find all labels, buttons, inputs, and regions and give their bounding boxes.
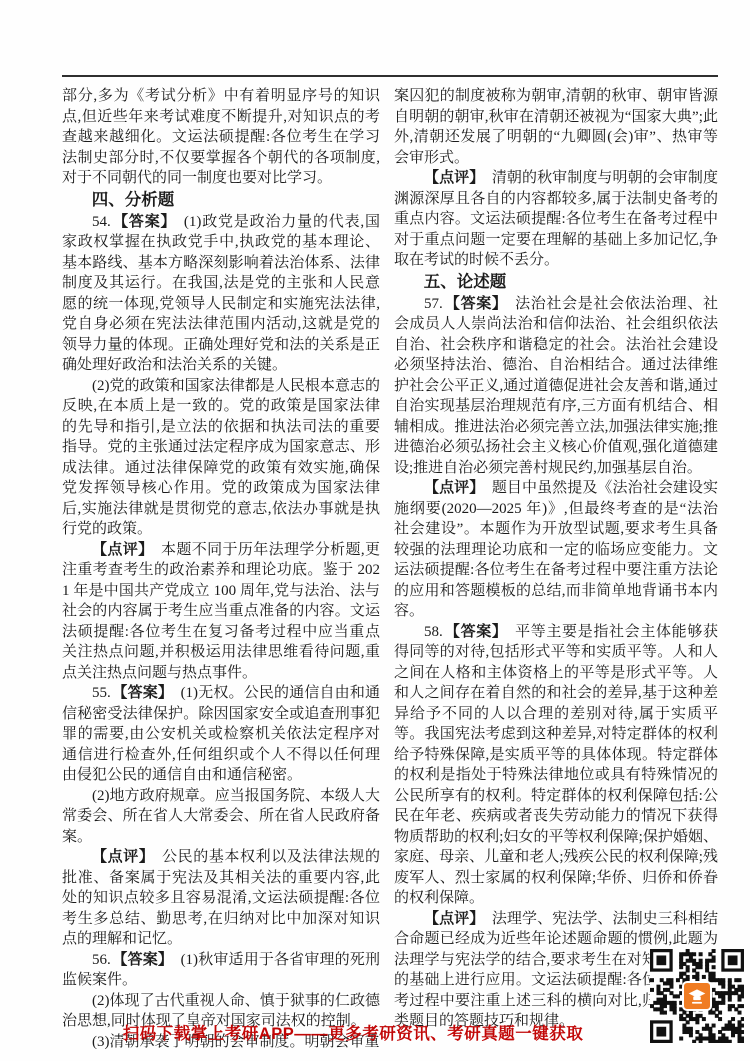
question-number: 56. [92, 952, 111, 968]
paragraph-text: (2)地方政府规章。应当报国务院、本级人大常委会、所在省人大常委会、所在省人民政… [62, 788, 380, 845]
answer-comment-label: 【点评】 [424, 480, 484, 496]
qr-logo [682, 981, 712, 1011]
question-number: 55. [92, 685, 111, 701]
section-heading: 四、分析题 [62, 189, 380, 212]
answer-comment-label: 【答案】 [112, 952, 173, 968]
answer-paragraph: 58.【答案】平等主要是指社会主体能够获得同等的对待,包括形式平等和实质平等。人… [394, 622, 718, 909]
paragraph-text: 本题不同于历年法理学分析题,更注重考查考生的政治素养和理论功底。鉴于 2021 … [62, 542, 380, 681]
two-column-text: 部分,多为《考试分析》中有着明显序号的知识点,但近些年来考试难度不断提升,对知识… [62, 86, 718, 1052]
paragraph-text: 案囚犯的制度被称为朝审,清朝的秋审、朝审皆源自明朝的朝审,秋审在清朝还被视为“国… [394, 88, 718, 166]
paragraph-text: (1)政党是政治力量的代表,国家政权掌握在执政党手中,执政党的基本理论、基本路线… [62, 214, 380, 374]
graduation-cap-icon [687, 986, 707, 1006]
body-paragraph: 案囚犯的制度被称为朝审,清朝的秋审、朝审皆源自明朝的朝审,秋审在清朝还被视为“国… [394, 86, 718, 168]
comment-paragraph: 【点评】清朝的秋审制度与明朝的会审制度渊源深厚且各自的内容都较多,属于法制史备考… [394, 168, 718, 271]
left-column: 部分,多为《考试分析》中有着明显序号的知识点,但近些年来考试难度不断提升,对知识… [62, 86, 380, 1052]
footer-banner-text: 扫码下载掌上考研APP——更多考研资讯、考研真题一键获取 [58, 1020, 648, 1044]
header-rule [62, 75, 718, 77]
question-number: 54. [92, 214, 111, 230]
qr-code [650, 949, 744, 1043]
paragraph-text: 部分,多为《考试分析》中有着明显序号的知识点,但近些年来考试难度不断提升,对知识… [62, 88, 380, 186]
section-heading: 五、论述题 [394, 271, 718, 294]
paragraph-text: 法治社会是社会依法治理、社会成员人人崇尚法治和信仰法治、社会组织依法自治、社会秩… [394, 296, 718, 476]
answer-paragraph: 57.【答案】法治社会是社会依法治理、社会成员人人崇尚法治和信仰法治、社会组织依… [394, 294, 718, 479]
comment-paragraph: 【点评】本题不同于历年法理学分析题,更注重考查考生的政治素养和理论功底。鉴于 2… [62, 540, 380, 684]
answer-comment-label: 【答案】 [444, 624, 507, 640]
right-column: 案囚犯的制度被称为朝审,清朝的秋审、朝审皆源自明朝的朝审,秋审在清朝还被视为“国… [394, 86, 718, 1052]
comment-paragraph: 【点评】题目中虽然提及《法治社会建设实施纲要(2020—2025 年)》,但最终… [394, 478, 718, 622]
answer-comment-label: 【答案】 [112, 685, 173, 701]
comment-paragraph: 【点评】公民的基本权利以及法律法规的批准、备案属于宪法及其相关法的重要内容,此处… [62, 847, 380, 950]
answer-comment-label: 【点评】 [424, 170, 484, 186]
answer-paragraph: 55.【答案】(1)无权。公民的通信自由和通信秘密受法律保护。除因国家安全或追查… [62, 683, 380, 786]
document-page: 部分,多为《考试分析》中有着明显序号的知识点,但近些年来考试难度不断提升,对知识… [0, 0, 750, 1061]
answer-comment-label: 【点评】 [424, 911, 484, 927]
question-number: 57. [424, 296, 443, 312]
paragraph-text: 题目中虽然提及《法治社会建设实施纲要(2020—2025 年)》,但最终考查的是… [394, 480, 718, 619]
body-paragraph: (2)地方政府规章。应当报国务院、本级人大常委会、所在省人大常委会、所在省人民政… [62, 786, 380, 848]
body-paragraph: 部分,多为《考试分析》中有着明显序号的知识点,但近些年来考试难度不断提升,对知识… [62, 86, 380, 189]
body-paragraph: (2)党的政策和国家法律都是人民根本意志的反映,在本质上是一致的。党的政策是国家… [62, 376, 380, 540]
answer-paragraph: 54.【答案】(1)政党是政治力量的代表,国家政权掌握在执政党手中,执政党的基本… [62, 212, 380, 376]
paragraph-text: 平等主要是指社会主体能够获得同等的对待,包括形式平等和实质平等。人和人之间在人格… [394, 624, 718, 907]
answer-paragraph: 56.【答案】(1)秋审适用于各省审理的死刑监候案件。 [62, 950, 380, 991]
paragraph-text: (2)党的政策和国家法律都是人民根本意志的反映,在本质上是一致的。党的政策是国家… [62, 378, 380, 538]
answer-comment-label: 【点评】 [92, 849, 154, 865]
answer-comment-label: 【答案】 [444, 296, 507, 312]
answer-comment-label: 【点评】 [92, 542, 154, 558]
answer-comment-label: 【答案】 [112, 214, 176, 230]
question-number: 58. [424, 624, 443, 640]
